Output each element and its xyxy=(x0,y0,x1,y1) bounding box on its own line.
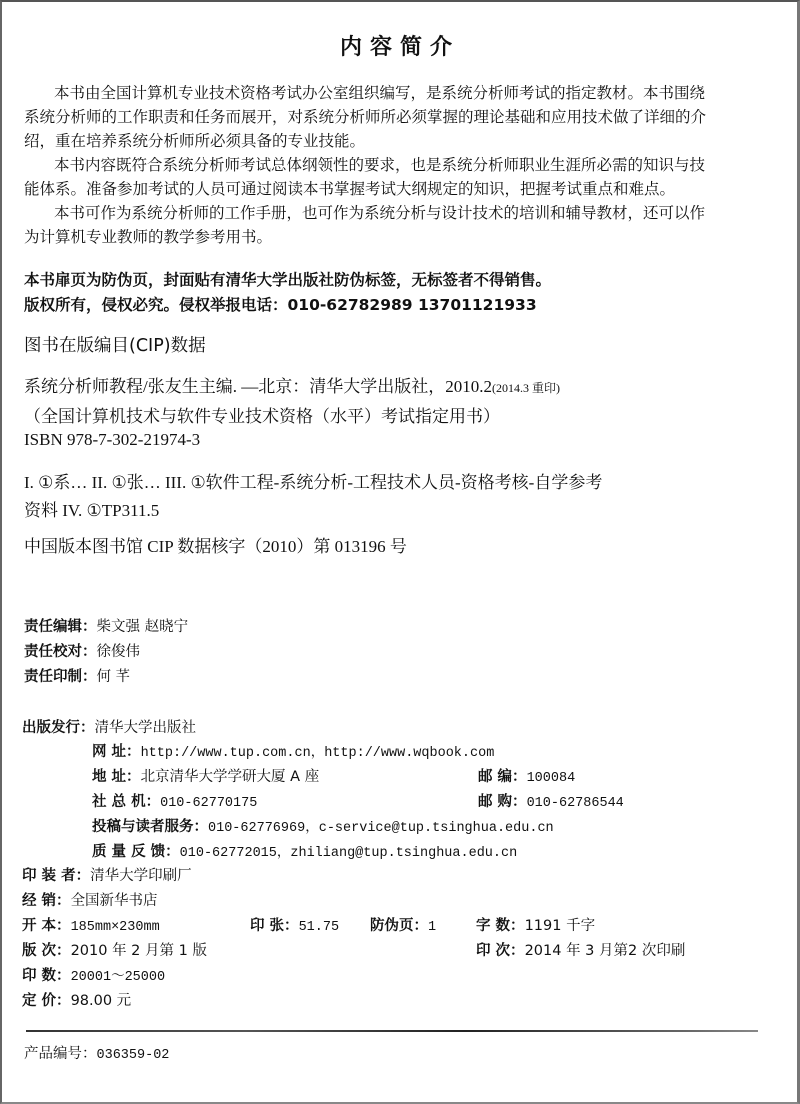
reader-service-value: 010-62776969，c-service@tup.tsinghua.edu.… xyxy=(208,821,554,836)
divider-rule xyxy=(26,1030,758,1032)
edition-value: 2010 年 2 月第 1 版 xyxy=(71,943,207,959)
cip-title-line: 系统分析师教程/张友生主编. —北京：清华大学出版社，2010.2(2014.3… xyxy=(24,372,560,397)
postcode-value: 100084 xyxy=(527,771,576,786)
anticounterfeit-value: 1 xyxy=(428,920,436,935)
publisher-row: 出版发行：清华大学出版社 xyxy=(22,716,196,737)
address-value: 北京清华大学学研大厦 A 座 xyxy=(141,769,320,785)
distributor-value: 全国新华书店 xyxy=(71,893,158,909)
distributor-label: 经 销： xyxy=(22,893,71,909)
edition-row: 版 次：2010 年 2 月第 1 版 xyxy=(22,939,207,960)
mailorder-row: 邮 购：010-62786544 xyxy=(478,790,624,811)
publisher-label: 出版发行： xyxy=(22,720,95,736)
page-title: 内容简介 xyxy=(0,30,800,61)
print-run-row: 印 数：20001～25000 xyxy=(22,964,165,985)
product-code-label: 产品编号： xyxy=(24,1046,97,1062)
product-code-value: 036359-02 xyxy=(97,1048,170,1063)
impression-row: 印 次：2014 年 3 月第2 次印刷 xyxy=(476,939,685,960)
postcode-label: 邮 编： xyxy=(478,769,527,785)
quality-feedback-value: 010-62772015，zhiliang@tup.tsinghua.edu.c… xyxy=(180,846,518,861)
quality-feedback-label: 质 量 反 馈： xyxy=(92,844,180,860)
address-row: 地 址：北京清华大学学研大厦 A 座 xyxy=(92,765,319,786)
address-label: 地 址： xyxy=(92,769,141,785)
intro-line: 本书可作为系统分析师的工作手册，也可作为系统分析与设计技术的培训和辅导教材，还可… xyxy=(54,202,705,225)
format-label: 开 本： xyxy=(22,918,71,934)
credit-label: 责任印制： xyxy=(24,669,97,685)
cip-isbn: ISBN 978-7-302-21974-3 xyxy=(24,430,200,450)
website-row: 网 址：http://www.tup.com.cn，http://www.wqb… xyxy=(92,740,494,761)
print-run-value: 20001～25000 xyxy=(71,970,166,985)
format-value: 185mm×230mm xyxy=(71,920,160,935)
cip-reprint: (2014.3 重印) xyxy=(492,381,560,395)
format-row: 开 本：185mm×230mm xyxy=(22,914,160,935)
cip-series: （全国计算机技术与软件专业技术资格（水平）考试指定用书） xyxy=(24,402,500,427)
printer-row: 印 装 者：清华大学印刷厂 xyxy=(22,864,192,885)
anticounterfeit-notice: 本书扉页为防伪页，封面贴有清华大学出版社防伪标签，无标签者不得销售。 xyxy=(24,268,551,290)
print-run-label: 印 数： xyxy=(22,968,71,984)
postcode-row: 邮 编：100084 xyxy=(478,765,575,786)
sheets-value: 51.75 xyxy=(299,920,340,935)
cip-classification-cont: 资料 IV. ①TP311.5 xyxy=(24,496,159,521)
price-row: 定 价：98.00 元 xyxy=(22,989,131,1010)
edition-label: 版 次： xyxy=(22,943,71,959)
intro-line: 绍，重在培养系统分析师所必须具备的专业技能。 xyxy=(24,130,365,153)
word-count-value: 1191 千字 xyxy=(525,918,596,934)
credit-value: 何 芊 xyxy=(97,669,131,685)
reader-service-row: 投稿与读者服务：010-62776969，c-service@tup.tsing… xyxy=(92,815,554,836)
credit-label: 责任编辑： xyxy=(24,619,97,635)
cip-record-number: 中国版本图书馆 CIP 数据核字（2010）第 013196 号 xyxy=(24,532,407,557)
quality-feedback-row: 质 量 反 馈：010-62772015，zhiliang@tup.tsingh… xyxy=(92,840,517,861)
cip-title: 系统分析师教程/张友生主编. —北京：清华大学出版社，2010.2 xyxy=(24,377,492,396)
cip-heading: 图书在版编目(CIP)数据 xyxy=(24,332,206,357)
publisher-name: 清华大学出版社 xyxy=(95,720,197,736)
copyright-notice: 版权所有，侵权必究。侵权举报电话：010-62782989 1370112193… xyxy=(24,293,537,315)
mailorder-value: 010-62786544 xyxy=(527,796,624,811)
credit-value: 徐俊伟 xyxy=(97,644,141,660)
distributor-row: 经 销：全国新华书店 xyxy=(22,889,158,910)
impression-label: 印 次： xyxy=(476,943,525,959)
intro-line: 本书由全国计算机专业技术资格考试办公室组织编写，是系统分析师考试的指定教材。本书… xyxy=(54,82,705,105)
credit-editor: 责任编辑：柴文强 赵晓宁 xyxy=(24,615,188,636)
printer-label: 印 装 者： xyxy=(22,868,90,884)
switchboard-label: 社 总 机： xyxy=(92,794,160,810)
word-count-row: 字 数：1191 千字 xyxy=(476,914,595,935)
credit-value: 柴文强 赵晓宁 xyxy=(97,619,189,635)
intro-line: 系统分析师的工作职责和任务而展开，对系统分析师所必须掌握的理论基础和应用技术做了… xyxy=(24,106,706,129)
word-count-label: 字 数： xyxy=(476,918,525,934)
website-value: http://www.tup.com.cn，http://www.wqbook.… xyxy=(141,746,495,761)
cip-classification: I. ①系… II. ①张… III. ①软件工程-系统分析-工程技术人员-资格… xyxy=(24,468,602,493)
printer-value: 清华大学印刷厂 xyxy=(90,868,192,884)
credit-label: 责任校对： xyxy=(24,644,97,660)
switchboard-row: 社 总 机：010-62770175 xyxy=(92,790,257,811)
intro-line: 本书内容既符合系统分析师考试总体纲领性的要求，也是系统分析师职业生涯所必需的知识… xyxy=(54,154,705,177)
product-code-row: 产品编号：036359-02 xyxy=(24,1042,169,1063)
switchboard-value: 010-62770175 xyxy=(160,796,257,811)
mailorder-label: 邮 购： xyxy=(478,794,527,810)
credit-printing: 责任印制：何 芊 xyxy=(24,665,130,686)
price-value: 98.00 元 xyxy=(71,993,132,1009)
website-label: 网 址： xyxy=(92,744,141,760)
sheets-label: 印 张： xyxy=(250,918,299,934)
intro-line: 能体系。准备参加考试的人员可通过阅读本书掌握考试大纲规定的知识，把握考试重点和难… xyxy=(24,178,675,201)
anticounterfeit-row: 防伪页：1 xyxy=(370,914,436,935)
sheets-row: 印 张：51.75 xyxy=(250,914,339,935)
intro-line: 为计算机专业教师的教学参考用书。 xyxy=(24,226,272,249)
credit-proofreader: 责任校对：徐俊伟 xyxy=(24,640,140,661)
impression-value: 2014 年 3 月第2 次印刷 xyxy=(525,943,686,959)
anticounterfeit-label: 防伪页： xyxy=(370,918,428,934)
price-label: 定 价： xyxy=(22,993,71,1009)
reader-service-label: 投稿与读者服务： xyxy=(92,819,208,835)
